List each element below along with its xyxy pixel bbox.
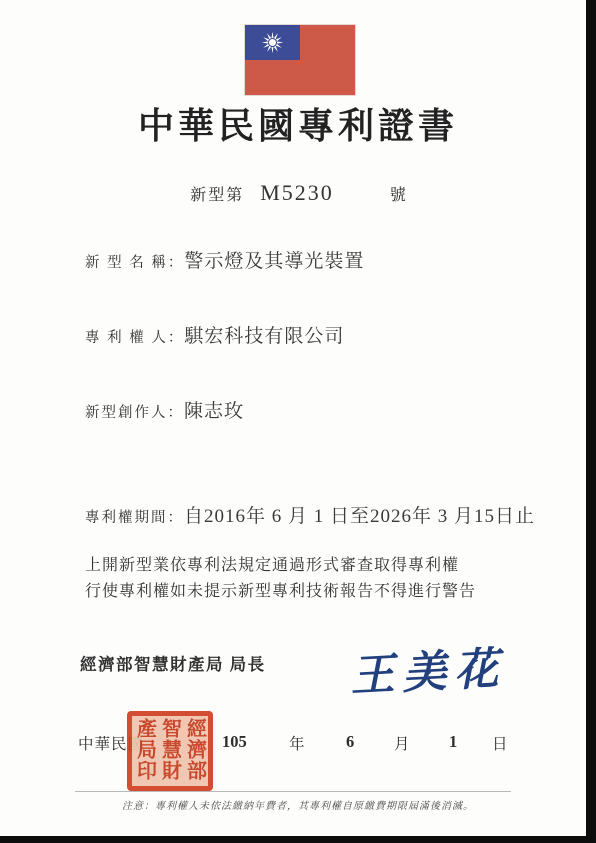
patent-certificate-page: 中華民國專利證書 新型第M5230號 新 型 名 稱：警示燈及其導光裝置 專 利… — [0, 0, 596, 843]
field-label: 新型創作人： — [85, 405, 184, 421]
issuing-authority: 經濟部智慧財產局 局長 — [80, 651, 266, 675]
field-label: 專利權期間： — [85, 510, 184, 526]
field-patent-holder: 專 利 權 人：騏宏科技有限公司 — [85, 321, 344, 348]
date-year: 105 — [222, 732, 247, 752]
date-day-unit: 日 — [492, 732, 508, 754]
white-sun-icon — [259, 29, 286, 56]
scan-edge-bottom — [0, 836, 596, 843]
field-value: 自2016年 6 月 1 日至2026年 3 月15日止 — [184, 506, 535, 527]
field-value: 警示燈及其導光裝置 — [184, 251, 364, 272]
date-day: 1 — [449, 732, 457, 752]
field-patent-period: 專利權期間：自2016年 6 月 1 日至2026年 3 月15日止 — [85, 501, 535, 528]
ipo-seal: 經濟部智慧財產局印 — [127, 711, 213, 791]
field-label: 新 型 名 稱： — [85, 255, 184, 271]
field-creator: 新型創作人：陳志玫 — [85, 396, 244, 423]
cert-number-prefix: 新型第 — [190, 187, 244, 204]
director-signature: 王美花 — [348, 632, 507, 704]
legal-line-1: 上開新型業依專利法規定通過形式審查取得專利權 — [85, 553, 476, 579]
field-label: 專 利 權 人： — [85, 330, 184, 346]
scan-edge-right — [586, 0, 596, 843]
field-value: 騏宏科技有限公司 — [184, 326, 344, 347]
date-month: 6 — [346, 732, 354, 752]
legal-notice: 上開新型業依專利法規定通過形式審查取得專利權 行使專利權如未提示新型專利技術報告… — [85, 553, 476, 605]
issue-date-line: 中華民國 105 年 6 月 1 日 — [0, 732, 596, 756]
certificate-number-line: 新型第M5230號 — [0, 180, 596, 206]
footnote-divider — [75, 791, 511, 792]
cert-number-suffix: 號 — [390, 187, 406, 204]
certificate-title: 中華民國專利證書 — [0, 98, 596, 149]
taiwan-flag-icon — [245, 25, 355, 95]
footnote: 注意：專利權人未依法繳納年費者，其專利權自原繳費期限屆滿後消滅。 — [0, 797, 596, 812]
date-month-unit: 月 — [394, 732, 410, 754]
date-year-unit: 年 — [289, 732, 305, 754]
field-value: 陳志玫 — [184, 401, 244, 422]
field-model-name: 新 型 名 稱：警示燈及其導光裝置 — [85, 246, 364, 273]
seal-text: 經濟部智慧財產局印 — [133, 718, 208, 784]
cert-number: M5230 — [260, 180, 334, 205]
legal-line-2: 行使專利權如未提示新型專利技術報告不得進行警告 — [85, 579, 476, 605]
